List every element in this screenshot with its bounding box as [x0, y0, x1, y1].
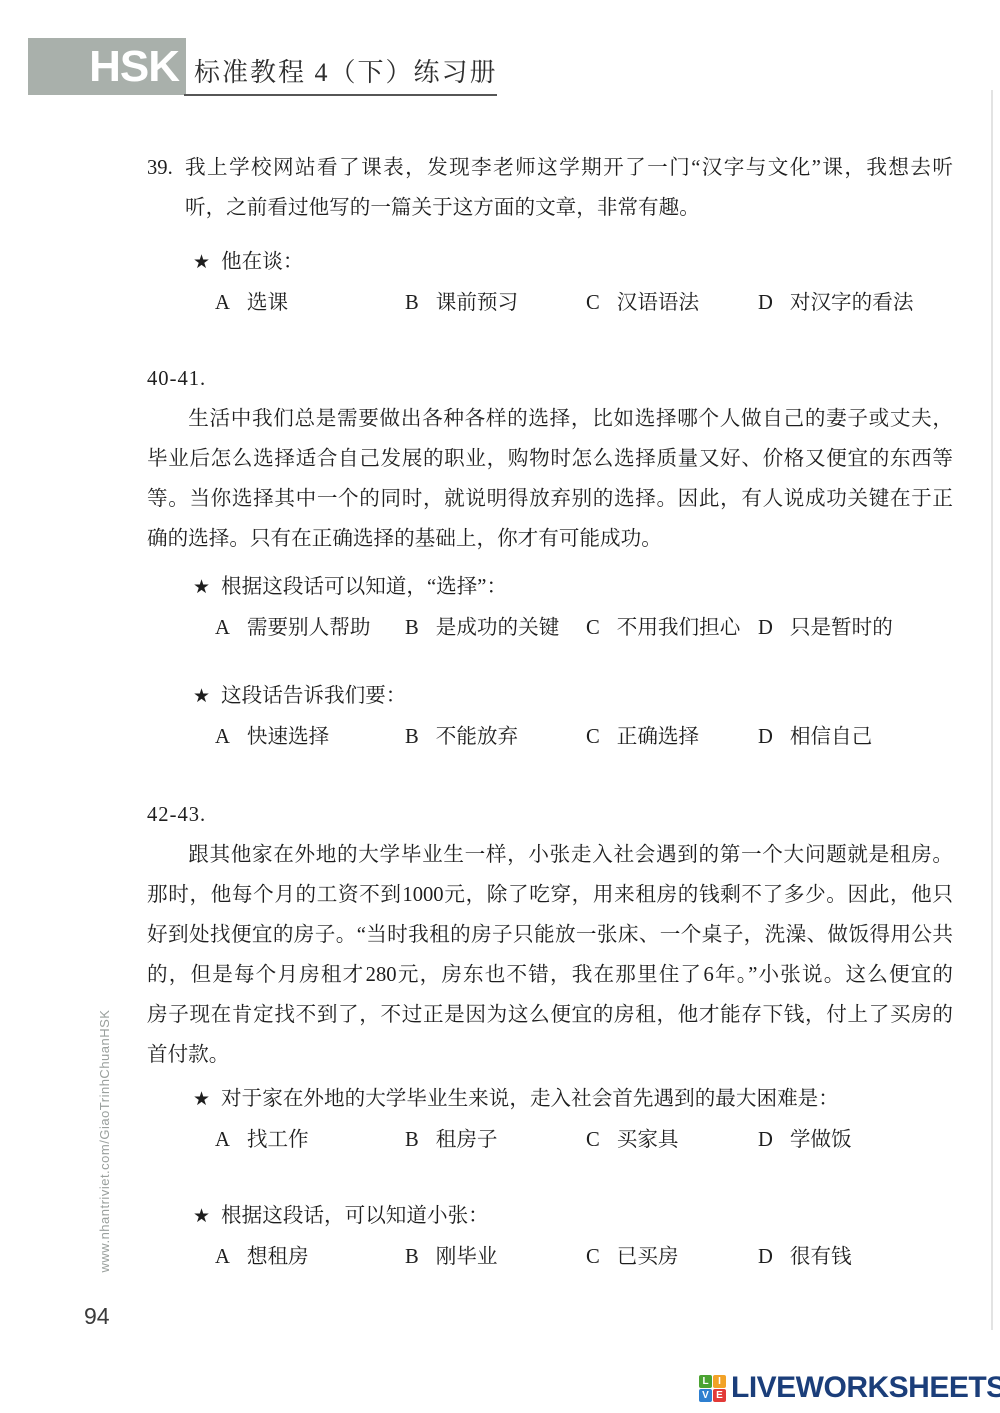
option-text: 是成功的关键 [436, 608, 560, 648]
option-letter: C [586, 283, 600, 323]
liveworksheets-logo[interactable]: L I V E LIVEWORKSHEETS [699, 1371, 1000, 1405]
option-d[interactable]: D对汉字的看法 [758, 283, 953, 323]
option-a[interactable]: A快速选择 [215, 717, 405, 757]
question-41-options: A快速选择 B不能放弃 C正确选择 D相信自己 [215, 717, 953, 757]
passage-line: 跟其他家在外地的大学毕业生一样，小张走入社会遇到的第一个大问题就是租房。 [147, 835, 953, 875]
option-text: 租房子 [436, 1120, 498, 1160]
option-letter: A [215, 283, 230, 323]
section-40-41-passage: 生活中我们总是需要做出各种各样的选择，比如选择哪个人做自己的妻子或丈夫， 毕业后… [147, 399, 953, 559]
option-letter: A [215, 608, 230, 648]
option-text: 很有钱 [790, 1237, 852, 1277]
option-letter: C [586, 1237, 600, 1277]
passage-line: 好到处找便宜的房子。“当时我租的房子只能放一张床、一个桌子，洗澡、做饭得用公共 [147, 915, 953, 955]
question-43-options: A想租房 B刚毕业 C已买房 D很有钱 [215, 1237, 953, 1277]
question-42-prompt: ★对于家在外地的大学毕业生来说，走入社会首先遇到的最大困难是： [193, 1079, 953, 1120]
workbook-page: HSK 标准教程 4（下）练习册 39. 我上学校网站看了课表，发现李老师这学期… [0, 0, 1000, 1413]
option-letter: B [405, 608, 419, 648]
option-letter: D [758, 608, 773, 648]
option-letter: C [586, 1120, 600, 1160]
prompt-text: 他在谈： [221, 251, 303, 273]
question-39-options: A选课 B课前预习 C汉语语法 D对汉字的看法 [215, 283, 953, 323]
worksheet-content: 39. 我上学校网站看了课表，发现李老师这学期开了一门“汉字与文化”课，我想去听… [147, 148, 953, 1277]
option-text: 快速选择 [247, 717, 329, 757]
passage-line: 毕业后怎么选择适合自己发展的职业，购物时怎么选择质量又好、价格又便宜的东西等 [147, 439, 953, 479]
option-d[interactable]: D只是暂时的 [758, 608, 953, 648]
option-c[interactable]: C汉语语法 [586, 283, 758, 323]
option-text: 对汉字的看法 [790, 283, 914, 323]
passage-line: 的，但是每个月房租才 280 元，房东也不错，我在那里住了 6 年。”小张说。这… [147, 955, 953, 995]
question-39: 39. 我上学校网站看了课表，发现李老师这学期开了一门“汉字与文化”课，我想去听… [147, 148, 953, 228]
question-40-prompt: ★根据这段话可以知道，“选择”： [193, 567, 953, 608]
passage-line: 首付款。 [147, 1035, 953, 1075]
question-42-options: A找工作 B租房子 C买家具 D学做饭 [215, 1120, 953, 1160]
option-text: 选课 [247, 283, 288, 323]
prompt-text: 这段话告诉我们要： [221, 685, 406, 707]
question-text: 我上学校网站看了课表，发现李老师这学期开了一门“汉字与文化”课，我想去听 听，之… [185, 148, 953, 228]
option-text: 已买房 [617, 1237, 679, 1277]
passage-line: 房子现在肯定找不到了，不过正是因为这么便宜的房租，他才能存下钱，付上了买房的 [147, 995, 953, 1035]
question-43-prompt: ★根据这段话，可以知道小张： [193, 1196, 953, 1237]
page-title: 标准教程 4（下）练习册 [194, 56, 498, 90]
option-d[interactable]: D很有钱 [758, 1237, 953, 1277]
passage-line: 确的选择。只有在正确选择的基础上，你才有可能成功。 [147, 519, 953, 559]
hsk-logo-box: HSK [28, 38, 186, 95]
passage-line: 那时，他每个月的工资不到 1000 元，除了吃穿，用来租房的钱剩不了多少。因此，… [147, 875, 953, 915]
option-text: 不能放弃 [436, 717, 518, 757]
logo-square-e: E [713, 1389, 726, 1402]
option-text: 想租房 [247, 1237, 309, 1277]
option-letter: B [405, 283, 419, 323]
star-icon: ★ [193, 568, 210, 608]
star-icon: ★ [193, 1197, 210, 1237]
option-letter: D [758, 283, 773, 323]
option-text: 找工作 [247, 1120, 309, 1160]
option-text: 相信自己 [790, 717, 872, 757]
hsk-logo-text: HSK [89, 42, 186, 91]
option-letter: B [405, 1237, 419, 1277]
logo-square-l: L [699, 1375, 712, 1388]
option-letter: D [758, 717, 773, 757]
option-letter: A [215, 1120, 230, 1160]
passage-line: 等。当你选择其中一个的同时，就说明得放弃别的选择。因此，有人说成功关键在于正 [147, 479, 953, 519]
liveworksheets-wordmark: LIVEWORKSHEETS [731, 1371, 1000, 1405]
option-c[interactable]: C不用我们担心 [586, 608, 758, 648]
option-a[interactable]: A需要别人帮助 [215, 608, 405, 648]
logo-square-i: I [713, 1375, 726, 1388]
sidebar-url: www.nhantriviet.com/GiaoTrinhChuanHSK [97, 996, 115, 1286]
option-text: 只是暂时的 [790, 608, 893, 648]
section-40-41-number: 40-41. [147, 359, 953, 399]
option-text: 刚毕业 [436, 1237, 498, 1277]
option-c[interactable]: C正确选择 [586, 717, 758, 757]
option-text: 学做饭 [790, 1120, 852, 1160]
option-b[interactable]: B不能放弃 [405, 717, 586, 757]
question-text-line: 我上学校网站看了课表，发现李老师这学期开了一门“汉字与文化”课，我想去听 [185, 148, 953, 188]
page-number: 94 [84, 1303, 110, 1330]
option-text: 正确选择 [617, 717, 699, 757]
option-text: 买家具 [617, 1120, 679, 1160]
option-a[interactable]: A想租房 [215, 1237, 405, 1277]
passage-line: 生活中我们总是需要做出各种各样的选择，比如选择哪个人做自己的妻子或丈夫， [147, 399, 953, 439]
star-icon: ★ [193, 1080, 210, 1120]
section-42-43-passage: 跟其他家在外地的大学毕业生一样，小张走入社会遇到的第一个大问题就是租房。 那时，… [147, 835, 953, 1075]
option-letter: B [405, 717, 419, 757]
option-b[interactable]: B是成功的关键 [405, 608, 586, 648]
header-divider [184, 94, 497, 96]
star-icon: ★ [193, 243, 210, 283]
option-d[interactable]: D相信自己 [758, 717, 953, 757]
prompt-text: 对于家在外地的大学毕业生来说，走入社会首先遇到的最大困难是： [221, 1088, 839, 1110]
question-text-line: 听，之前看过他写的一篇关于这方面的文章，非常有趣。 [185, 188, 953, 228]
star-icon: ★ [193, 677, 210, 717]
option-b[interactable]: B课前预习 [405, 283, 586, 323]
logo-square-v: V [699, 1389, 712, 1402]
question-39-prompt: ★他在谈： [193, 242, 953, 283]
option-letter: C [586, 717, 600, 757]
option-text: 不用我们担心 [617, 608, 741, 648]
option-b[interactable]: B刚毕业 [405, 1237, 586, 1277]
question-41-prompt: ★这段话告诉我们要： [193, 676, 953, 717]
option-letter: C [586, 608, 600, 648]
question-number: 39. [147, 148, 185, 228]
option-b[interactable]: B租房子 [405, 1120, 586, 1160]
option-text: 需要别人帮助 [247, 608, 371, 648]
scan-edge-line [991, 90, 993, 1330]
option-letter: D [758, 1237, 773, 1277]
prompt-text: 根据这段话可以知道，“选择”： [221, 576, 507, 598]
question-40-options: A需要别人帮助 B是成功的关键 C不用我们担心 D只是暂时的 [215, 608, 953, 648]
option-letter: D [758, 1120, 773, 1160]
option-c[interactable]: C已买房 [586, 1237, 758, 1277]
liveworksheets-grid-icon: L I V E [699, 1375, 726, 1402]
option-c[interactable]: C买家具 [586, 1120, 758, 1160]
option-letter: B [405, 1120, 419, 1160]
section-42-43-number: 42-43. [147, 795, 953, 835]
option-d[interactable]: D学做饭 [758, 1120, 953, 1160]
option-text: 汉语语法 [617, 283, 699, 323]
option-text: 课前预习 [436, 283, 518, 323]
option-a[interactable]: A找工作 [215, 1120, 405, 1160]
option-a[interactable]: A选课 [215, 283, 405, 323]
prompt-text: 根据这段话，可以知道小张： [221, 1205, 489, 1227]
option-letter: A [215, 717, 230, 757]
option-letter: A [215, 1237, 230, 1277]
